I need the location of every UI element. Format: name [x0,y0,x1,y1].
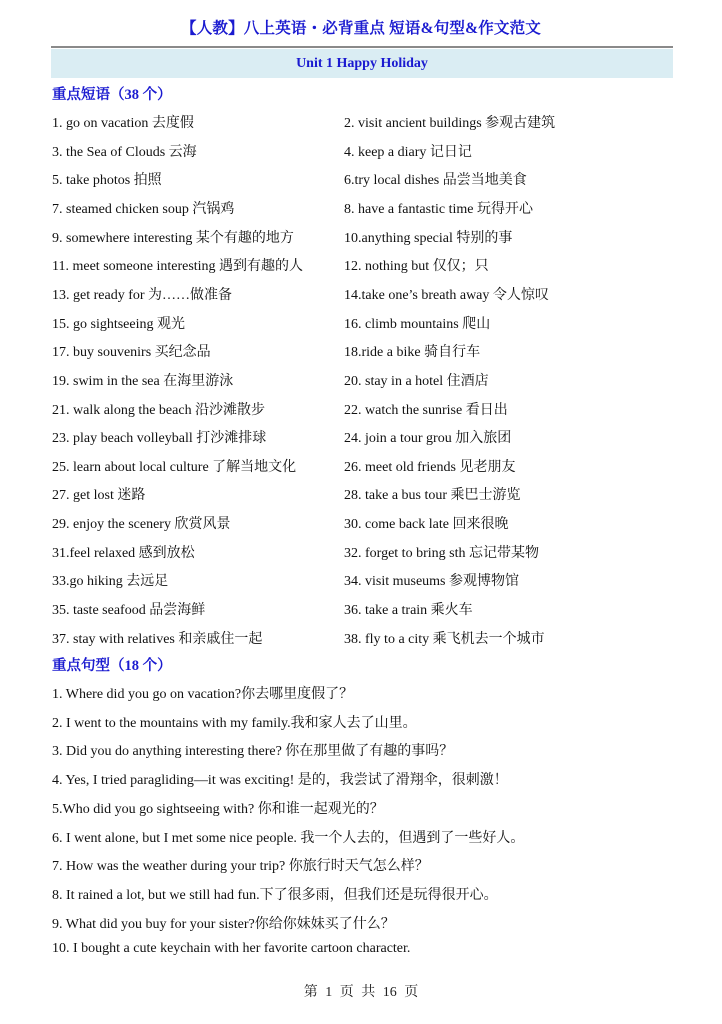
phrase-item: 3. the Sea of Clouds 云海 [52,141,197,161]
phrase-item: 24. join a tour grou 加入旅团 [344,427,511,447]
phrase-item: 23. play beach volleyball 打沙滩排球 [52,427,266,447]
sentence-item: 8. It rained a lot, but we still had fun… [52,884,498,904]
phrase-item: 18.ride a bike 骑自行车 [344,341,480,361]
phrase-item: 15. go sightseeing 观光 [52,313,185,333]
phrase-item: 32. forget to bring sth 忘记带某物 [344,542,539,562]
phrase-item: 36. take a train 乘火车 [344,599,473,619]
phrase-item: 26. meet old friends 见老朋友 [344,456,515,476]
phrase-item: 21. walk along the beach 沿沙滩散步 [52,399,265,419]
phrase-item: 19. swim in the sea 在海里游泳 [52,370,233,390]
phrase-item: 28. take a bus tour 乘巴士游览 [344,484,521,504]
phrase-item: 12. nothing but 仅仅；只 [344,255,489,275]
phrase-item: 8. have a fantastic time 玩得开心 [344,198,533,218]
phrase-item: 33.go hiking 去远足 [52,570,168,590]
phrase-item: 25. learn about local culture 了解当地文化 [52,456,296,476]
phrase-item: 34. visit museums 参观博物馆 [344,570,519,590]
unit-banner: Unit 1 Happy Holiday [51,49,673,78]
phrase-item: 11. meet someone interesting 遇到有趣的人 [52,255,303,275]
phrase-item: 38. fly to a city 乘飞机去一个城市 [344,628,545,648]
sentence-item: 6. I went alone, but I met some nice peo… [52,827,524,847]
phrase-item: 5. take photos 拍照 [52,169,162,189]
sentence-item: 7. How was the weather during your trip?… [52,855,429,875]
phrase-item: 30. come back late 回来很晚 [344,513,508,533]
sentences-section-title: 重点句型（18 个） [52,654,172,675]
phrase-item: 6.try local dishes 品尝当地美食 [344,169,527,189]
phrase-item: 31.feel relaxed 感到放松 [52,542,195,562]
phrase-item: 9. somewhere interesting 某个有趣的地方 [52,227,294,247]
phrase-item: 14.take one’s breath away 令人惊叹 [344,284,549,304]
sentence-item: 4. Yes, I tried paragliding—it was excit… [52,769,508,789]
sentence-item: 1. Where did you go on vacation?你去哪里度假了？ [52,683,353,703]
phrase-item: 37. stay with relatives 和亲戚住一起 [52,628,262,648]
phrase-item: 7. steamed chicken soup 汽锅鸡 [52,198,234,218]
phrase-item: 16. climb mountains 爬山 [344,313,490,333]
sentence-item: 10. I bought a cute keychain with her fa… [52,941,410,957]
phrase-item: 17. buy souvenirs 买纪念品 [52,341,211,361]
sentence-item: 9. What did you buy for your sister?你给你妹… [52,913,395,933]
document-header: 【人教】八上英语・必背重点 短语&句型&作文范文 [0,16,722,38]
phrase-item: 29. enjoy the scenery 欣赏风景 [52,513,230,533]
phrase-item: 27. get lost 迷路 [52,484,145,504]
phrase-item: 2. visit ancient buildings 参观古建筑 [344,112,555,132]
phrase-item: 13. get ready for 为……做准备 [52,284,232,304]
sentence-item: 2. I went to the mountains with my famil… [52,712,417,732]
phrase-item: 20. stay in a hotel 住酒店 [344,370,489,390]
phrases-section-title: 重点短语（38 个） [52,83,172,104]
sentence-item: 3. Did you do anything interesting there… [52,740,453,760]
phrase-item: 22. watch the sunrise 看日出 [344,399,508,419]
phrase-item: 35. taste seafood 品尝海鲜 [52,599,205,619]
header-divider [51,46,673,48]
phrase-item: 4. keep a diary 记日记 [344,141,472,161]
sentence-item: 5.Who did you go sightseeing with? 你和谁一起… [52,798,384,818]
phrase-item: 10.anything special 特别的事 [344,227,512,247]
phrase-item: 1. go on vacation 去度假 [52,112,194,132]
page-indicator: 第 1 页 共 16 页 [0,981,722,1001]
